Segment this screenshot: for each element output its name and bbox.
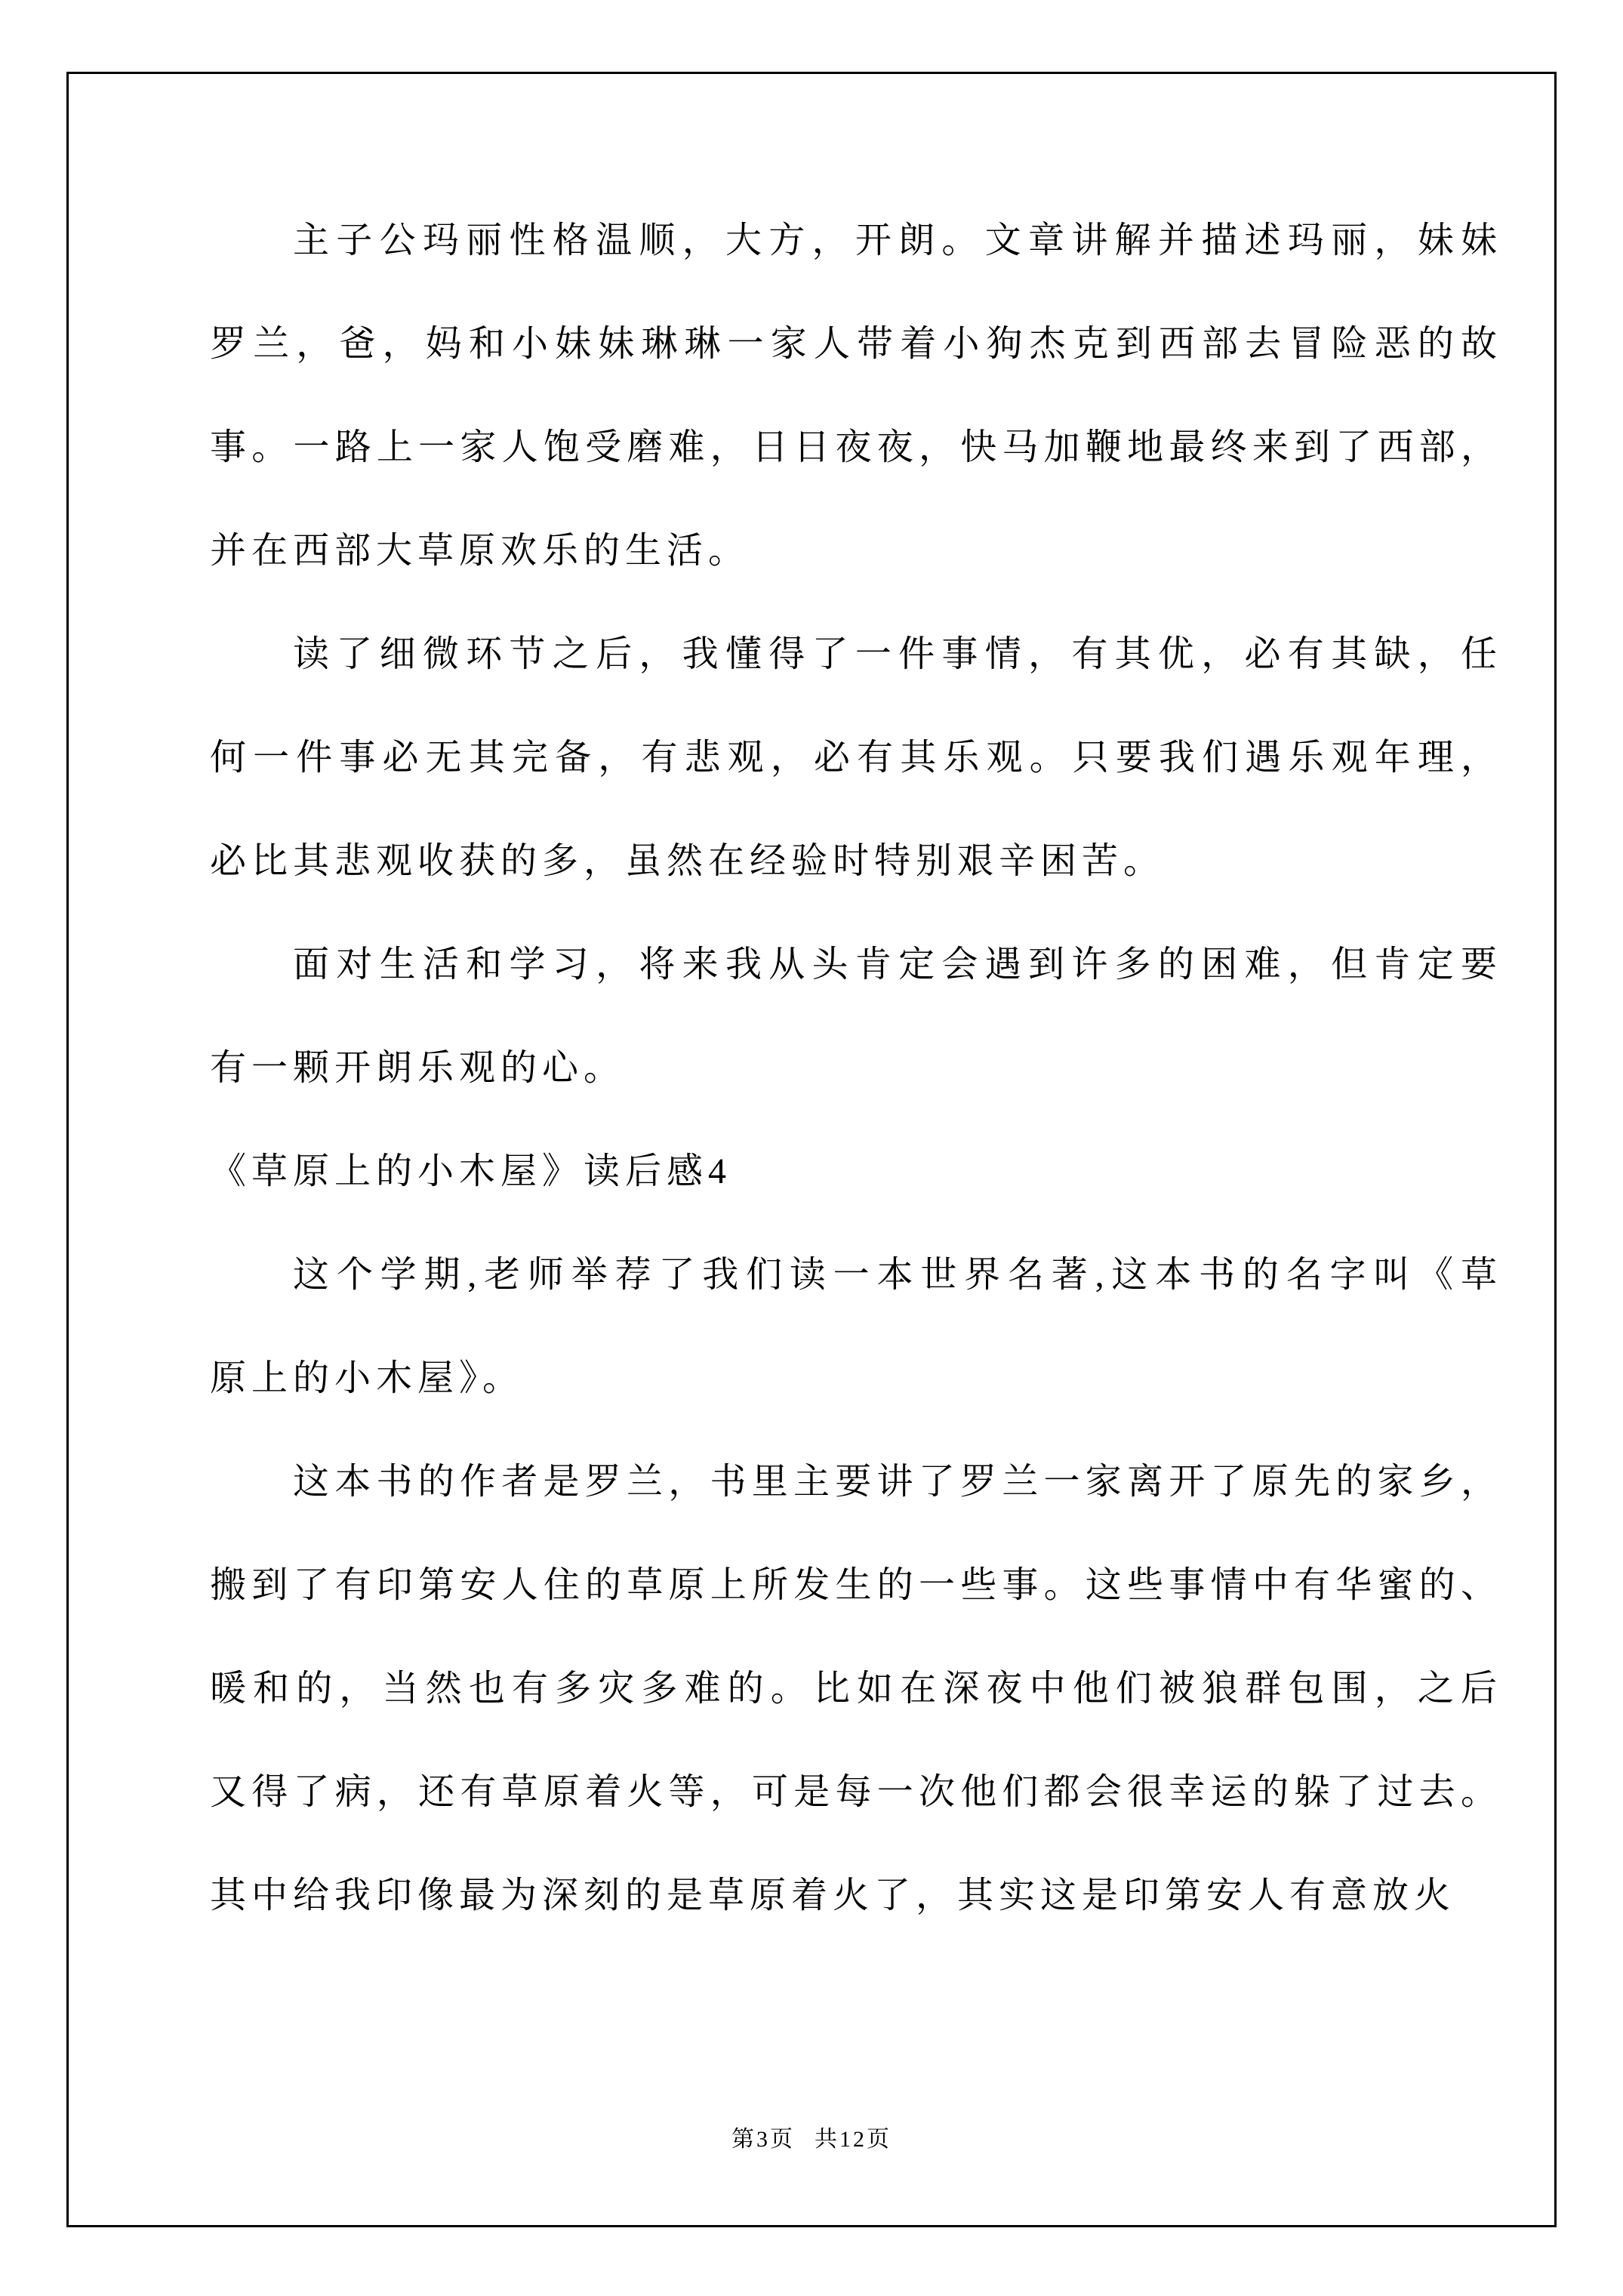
text-line: 事。一路上一家人饱受磨难，日日夜夜，快马加鞭地最终来到了西部， [210, 396, 1502, 499]
page-number-total: 共12页 [815, 2120, 892, 2153]
text-line: 暖和的，当然也有多灾多难的。比如在深夜中他们被狼群包围，之后 [210, 1637, 1502, 1740]
text-line: 必比其悲观收获的多，虽然在经验时特别艰辛困苦。 [210, 809, 1502, 913]
text-line: 其中给我印像最为深刻的是草原着火了，其实这是印第安人有意放火 [210, 1844, 1502, 1947]
text-line: 这本书的作者是罗兰，书里主要讲了罗兰一家离开了原先的家乡， [210, 1430, 1502, 1533]
text-line: 主子公玛丽性格温顺，大方，开朗。文章讲解并描述玛丽，妹妹 [210, 189, 1502, 292]
text-line: 原上的小木屋》。 [210, 1327, 1502, 1430]
page-number-current: 第3页 [731, 2120, 795, 2153]
section-heading: 《草原上的小木屋》读后感4 [210, 1120, 1502, 1223]
text-line: 搬到了有印第安人住的草原上所发生的一些事。这些事情中有华蜜的、 [210, 1533, 1502, 1637]
text-line: 又得了病，还有草原着火等，可是每一次他们都会很幸运的躲了过去。 [210, 1740, 1502, 1844]
text-line: 何一件事必无其完备，有悲观，必有其乐观。只要我们遇乐观年理， [210, 706, 1502, 809]
text-line: 有一颗开朗乐观的心。 [210, 1016, 1502, 1120]
text-line: 面对生活和学习，将来我从头肯定会遇到许多的困难，但肯定要 [210, 913, 1502, 1016]
document-page: 主子公玛丽性格温顺，大方，开朗。文章讲解并描述玛丽，妹妹罗兰，爸，妈和小妹妹琳琳… [0, 0, 1623, 2296]
page-footer: 第3页 共12页 [0, 2120, 1623, 2153]
text-line: 罗兰，爸，妈和小妹妹琳琳一家人带着小狗杰克到西部去冒险恶的故 [210, 292, 1502, 396]
text-line: 读了细微环节之后，我懂得了一件事情，有其优，必有其缺，任 [210, 603, 1502, 706]
text-line: 这个学期,老师举荐了我们读一本世界名著,这本书的名字叫《草 [210, 1223, 1502, 1327]
document-text: 主子公玛丽性格温顺，大方，开朗。文章讲解并描述玛丽，妹妹罗兰，爸，妈和小妹妹琳琳… [210, 189, 1502, 1947]
text-line: 并在西部大草原欢乐的生活。 [210, 499, 1502, 603]
